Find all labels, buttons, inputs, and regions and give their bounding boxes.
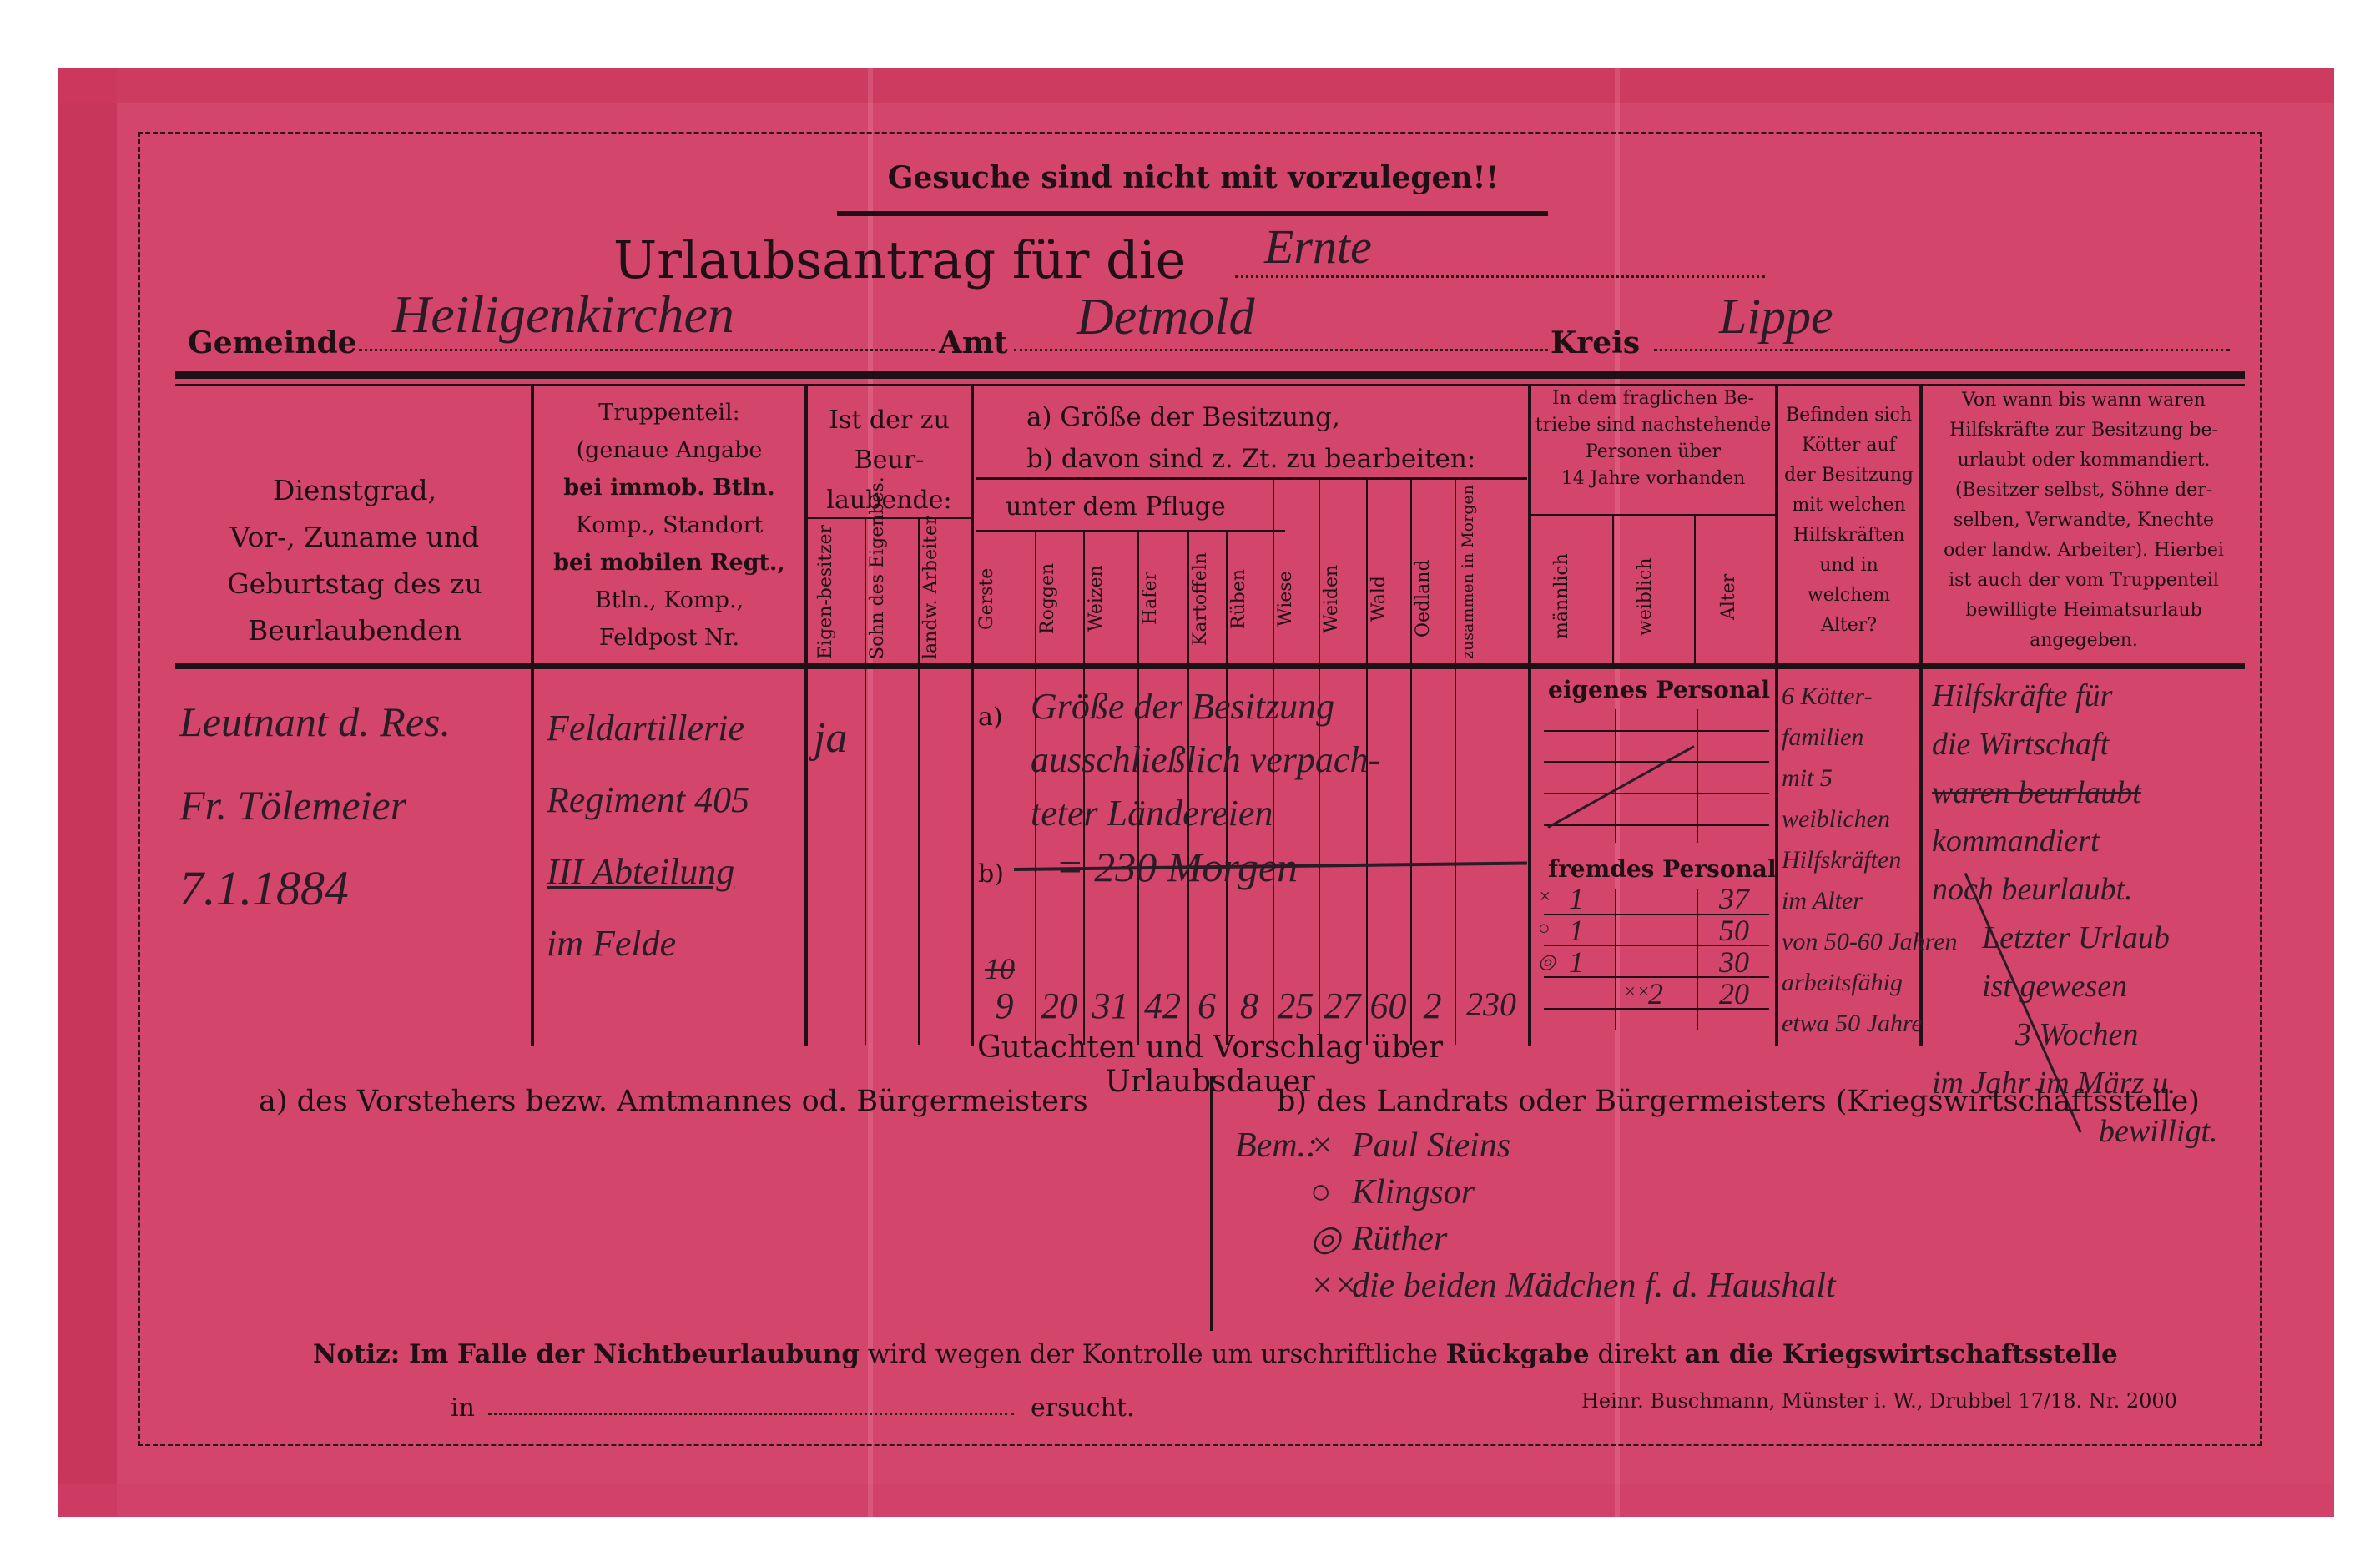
note-item: ××die beiden Mädchen f. d. Haushalt [1235, 1262, 1836, 1309]
assessment-divider [1210, 1076, 1213, 1331]
header-line: Dienstgrad, [179, 467, 530, 514]
header-line: Kötter auf [1778, 431, 1919, 461]
header-line: laubende: [808, 481, 971, 521]
subheader-rüben: Rüben [1229, 538, 1269, 659]
bearbeiten-value[interactable]: 2 [1410, 985, 1455, 1027]
header-line: triebe sind nachstehende [1531, 412, 1775, 439]
header-hilfskraefte: Von wann bis wann waren Hilfskräfte zur … [1923, 385, 2245, 656]
note-text: Paul Steins [1352, 1126, 1510, 1165]
subheader-roggen: Roggen [1038, 538, 1080, 659]
header-line: b) davon sind z. Zt. zu bearbeiten: [1026, 438, 1475, 480]
header-line: Vor-, Zuname und [179, 514, 530, 561]
header-line: der Besitzung [1778, 461, 1919, 491]
header-line: und in [1778, 551, 1919, 581]
kreis-label: Kreis [1551, 325, 1640, 360]
subheader-gerste: Gerste [977, 538, 1031, 659]
fremdes-personal-label: fremdes Personal [1548, 855, 1777, 883]
header-line: Befinden sich [1778, 401, 1919, 431]
header-line: Hilfskräften [1778, 521, 1919, 551]
bearbeiten-value[interactable]: 6 [1187, 985, 1226, 1027]
besitzung-line: Größe der Besitzung [1031, 680, 1531, 733]
paper-edge-shadow [58, 68, 117, 1517]
note-text: Rüther [1352, 1220, 1447, 1258]
header-line: oder landw. Arbeiter). Hierbei [1923, 536, 2245, 566]
hilfskraefte-line: ist gewesen [1932, 962, 2324, 1010]
assessment-a-label: a) des Vorstehers bezw. Amtmannes od. Bü… [259, 1085, 1088, 1118]
person-field[interactable]: Leutnant d. Res. Fr. Tölemeier 7.1.1884 [179, 680, 451, 930]
header-line: bewilligte Heimatsurlaub [1923, 596, 2245, 626]
subheader-rule [1531, 514, 1775, 516]
notiz-bold: Rückgabe [1446, 1339, 1590, 1369]
header-line: Truppenteil: [536, 394, 803, 431]
note-text: Klingsor [1352, 1173, 1475, 1212]
assessment-b-notes[interactable]: Bem.:×Paul Steins ○Klingsor ◎Rüther ××di… [1235, 1122, 1836, 1309]
notiz-text: wird wegen der Kontrolle um urschriftlic… [868, 1339, 1438, 1369]
header-line: bei immob. Btln. [536, 469, 803, 506]
assessment-b-label: b) des Landrats oder Bürgermeisters (Kri… [1277, 1085, 2200, 1118]
heading: Gesuche sind nicht mit vorzulegen!! [839, 160, 1548, 195]
personnel-alter[interactable]: 20 [1719, 976, 1749, 1011]
gemeinde-line [359, 349, 935, 351]
note-item: ○Klingsor [1235, 1169, 1836, 1216]
eigenes-personal-label: eigenes Personal [1548, 676, 1770, 703]
header-line: (genaue Angabe [536, 431, 803, 469]
subheader-rule [808, 517, 971, 519]
header-line: welchem [1778, 581, 1919, 611]
subheader-maennlich: männlich [1552, 542, 1586, 651]
header-besitzung: a) Größe der Besitzung, b) davon sind z.… [1026, 396, 1475, 480]
col-divider [971, 386, 974, 1046]
kreis-line [1654, 349, 2230, 351]
bearbeiten-value[interactable]: 20 [1035, 985, 1083, 1027]
header-line: (Besitzer selbst, Söhne der- [1923, 476, 2245, 506]
unit-line: Feldartillerie [547, 693, 749, 764]
header-bottom-rule [175, 663, 2245, 669]
double-circle-mark-icon: ◎ [1310, 1216, 1352, 1262]
header-truppenteil: Truppenteil: (genaue Angabe bei immob. B… [536, 394, 803, 657]
notiz-bold: an die Kriegswirtschaftsstelle [1684, 1339, 2117, 1369]
header-line: Geburtstag des zu [179, 561, 530, 607]
header-line: Ist der zu [808, 401, 971, 441]
subheader-zusammen-in-morgen: zusammen in Morgen [1458, 538, 1525, 659]
ersucht-label: ersucht. [1031, 1393, 1135, 1423]
subheader-sohn: Sohn des Eigenbes. [868, 534, 916, 659]
title-fill-line [1235, 275, 1765, 278]
header-personen: In dem fraglichen Be- triebe sind nachst… [1531, 385, 1775, 492]
grid-line [1544, 793, 1769, 794]
personnel-maennlich[interactable]: 1 [1569, 913, 1584, 948]
title-fill-value[interactable]: Ernte [1264, 219, 1372, 275]
col-divider [531, 668, 534, 1045]
printer-imprint: Heinr. Buschmann, Münster i. W., Drubbel… [1581, 1389, 2177, 1413]
kreis-value[interactable]: Lippe [1719, 288, 1833, 345]
subheader-rule [976, 477, 1527, 480]
personnel-alter[interactable]: 37 [1719, 881, 1749, 916]
subheader-weiden: Weiden [1322, 538, 1363, 659]
sub-col-divider [918, 519, 920, 1045]
cross-mark-icon: × [1310, 1122, 1352, 1169]
header-dienstgrad: Dienstgrad, Vor-, Zuname und Geburtstag … [179, 467, 530, 654]
unit-line: Regiment 405 [547, 764, 749, 836]
header-line: Von wann bis wann waren [1923, 385, 2245, 416]
header-koetter: Befinden sich Kötter auf der Besitzung m… [1778, 401, 1919, 641]
bearbeiten-value[interactable]: 8 [1226, 985, 1273, 1027]
personnel-mark-icon: ◎ [1538, 950, 1556, 974]
note-item: ◎Rüther [1235, 1216, 1836, 1262]
note-text: die beiden Mädchen f. d. Haushalt [1352, 1267, 1836, 1305]
subheader-weiblich: weiblich [1636, 542, 1669, 651]
paper-edge-shadow [58, 1484, 2334, 1517]
hilfskraefte-line: Letzter Urlaub [1932, 914, 2324, 962]
notiz-text: direkt [1597, 1339, 1676, 1369]
struck-value: 10 [985, 951, 1015, 986]
header-line: 14 Jahre vorhanden [1531, 466, 1775, 492]
personnel-alter[interactable]: 30 [1719, 945, 1749, 980]
hilfskraefte-line: waren beurlaubt [1932, 768, 2324, 817]
sub-col-divider [1612, 516, 1614, 664]
besitzung-line: ausschließlich verpach- [1031, 733, 1531, 787]
person-name: Fr. Tölemeier [179, 763, 451, 847]
subheader-oedland: Oedland [1414, 538, 1451, 659]
subheader-arbeiter: landw. Arbeiter [921, 534, 968, 659]
header-line: Hilfskräfte zur Besitzung be- [1923, 416, 2245, 446]
header-line: In dem fraglichen Be- [1531, 385, 1775, 412]
personnel-weiblich[interactable]: 2 [1648, 976, 1663, 1011]
header-line: ist auch der vom Truppenteil [1923, 566, 2245, 596]
hilfskraefte-line: Hilfskräfte für [1932, 672, 2324, 720]
in-label: in [451, 1393, 475, 1423]
note-item: Bem.:×Paul Steins [1235, 1122, 1836, 1169]
unit-line: im Felde [547, 908, 749, 980]
note-prefix: Bem.: [1235, 1122, 1310, 1169]
bearbeiten-value[interactable]: 25 [1273, 985, 1319, 1027]
hilfskraefte-line: noch beurlaubt. [1932, 865, 2324, 914]
in-place-line[interactable] [488, 1413, 1014, 1415]
subheader-wiese: Wiese [1276, 538, 1315, 659]
personnel-mark-icon: ×× [1623, 981, 1650, 1004]
table-top-rule [175, 371, 2245, 379]
notiz-bold: Notiz: Im Falle der Nichtbeurlaubung [313, 1339, 860, 1369]
notiz-line: Notiz: Im Falle der Nichtbeurlaubung wir… [313, 1339, 2118, 1369]
subheader-kartoffeln: Kartoffeln [1191, 538, 1223, 659]
personnel-maennlich[interactable]: 1 [1569, 945, 1584, 980]
subheader-wald: Wald [1369, 538, 1407, 659]
header-line: angegeben. [1923, 626, 2245, 656]
header-ist-der: Ist der zu Beur- laubende: [808, 401, 971, 521]
amt-label: Amt [939, 325, 1008, 360]
row-b-label: b) [978, 859, 1004, 889]
grid-line [1544, 761, 1769, 763]
header-line: Komp., Standort [536, 506, 803, 544]
paper-edge-shadow [58, 68, 2334, 103]
header-line: Alter? [1778, 611, 1919, 641]
bearbeiten-value[interactable]: 9 [974, 985, 1035, 1027]
page-title: Urlaubsantrag für die [613, 229, 1186, 290]
sub-col-divider [865, 519, 866, 1045]
personnel-maennlich[interactable]: 1 [1569, 881, 1584, 916]
subheader-rule [976, 530, 1285, 532]
grid-line [1544, 730, 1769, 732]
sub-col-divider [1694, 516, 1696, 664]
personnel-alter[interactable]: 50 [1719, 913, 1749, 948]
amt-value[interactable]: Detmold [1077, 288, 1255, 347]
subheader-eigenbesitzer: Eigen-besitzer [816, 534, 862, 659]
header-unter-dem-pfluge: unter dem Pfluge [1006, 492, 1226, 522]
header-line: Personen über [1531, 439, 1775, 466]
bearbeiten-value[interactable]: 27 [1319, 985, 1366, 1027]
personnel-mark-icon: ○ [1538, 918, 1551, 940]
grid-divider [1697, 709, 1698, 843]
unit-line: III Abteilung [547, 836, 749, 908]
double-cross-mark-icon: ×× [1310, 1262, 1352, 1309]
header-line: urlaubt oder kommandiert. [1923, 446, 2245, 476]
eigenbesitzer-value[interactable]: ja [814, 713, 847, 763]
hilfskraefte-line: 3 Wochen [1932, 1010, 2324, 1059]
gemeinde-label: Gemeinde [188, 325, 357, 360]
header-line: Btln., Komp., [536, 582, 803, 619]
subheader-alter: Alter [1719, 542, 1752, 651]
bearbeiten-value[interactable]: 31 [1083, 985, 1137, 1027]
header-line: mit welchen [1778, 491, 1919, 521]
heading-underline [837, 211, 1548, 216]
header-line: a) Größe der Besitzung, [1026, 396, 1475, 438]
grid-line [1544, 824, 1769, 826]
bearbeiten-value[interactable]: 60 [1366, 985, 1410, 1027]
unit-field[interactable]: Feldartillerie Regiment 405 III Abteilun… [547, 693, 749, 980]
circle-mark-icon: ○ [1310, 1169, 1352, 1216]
header-line: Beurlaubenden [179, 607, 530, 654]
grid-divider [1615, 709, 1616, 843]
header-line: selben, Verwandte, Knechte [1923, 506, 2245, 536]
person-rank: Leutnant d. Res. [179, 680, 451, 763]
person-birthdate: 7.1.1884 [179, 847, 451, 930]
subheader-weizen: Weizen [1087, 538, 1134, 659]
hilfskraefte-line: die Wirtschaft [1932, 720, 2324, 768]
subheader-hafer: Hafer [1141, 538, 1184, 659]
bearbeiten-value[interactable]: 42 [1137, 985, 1187, 1027]
gemeinde-value[interactable]: Heiligenkirchen [392, 284, 734, 345]
personnel-mark-icon: × [1538, 886, 1551, 909]
hilfskraefte-line: kommandiert [1932, 817, 2324, 865]
row-a-label: a) [978, 703, 1003, 732]
amt-line [1014, 349, 1548, 351]
header-line: Beur- [808, 441, 971, 481]
bearbeiten-value[interactable]: 230 [1455, 985, 1528, 1024]
hilfskraefte-field[interactable]: Hilfskräfte für die Wirtschaft waren beu… [1932, 672, 2324, 1156]
besitzung-line: teter Ländereien [1031, 787, 1531, 840]
header-line: bei mobilen Regt., [536, 544, 803, 582]
header-line: Feldpost Nr. [536, 619, 803, 657]
